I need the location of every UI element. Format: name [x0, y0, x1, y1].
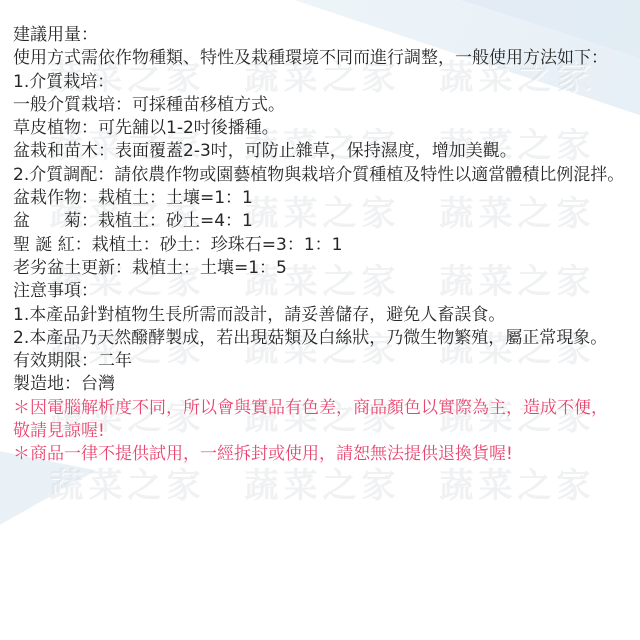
doc-line-made-in: 製造地：台灣 — [13, 373, 634, 396]
doc-line-ratio-potted-crops: 盆栽作物：栽植土：土壤=1：1 — [13, 187, 634, 210]
doc-line-media-cultivation-heading: 1.介質栽培： — [13, 71, 634, 94]
doc-line-precaution-2: 2.本產品乃天然醱酵製成，若出現菇類及白絲狀，乃微生物繁殖，屬正常現象。 — [13, 327, 634, 350]
doc-line-media-mixing-heading: 2.介質調配：請依農作物或園藝植物與栽培介質種植及特性以適當體積比例混拌。 — [13, 164, 634, 187]
doc-line-shelf-life: 有效期限：二年 — [13, 350, 634, 373]
doc-line-ratio-chrysanthemum: 盆 菊：栽植土：砂土=4：1 — [13, 210, 634, 233]
doc-line-ratio-poinsettia: 聖 誕 紅：栽植土：砂土：珍珠石=3：1：1 — [13, 234, 634, 257]
notice-color-difference-cont: 敬請見諒喔! — [13, 420, 634, 443]
doc-line-general-media: 一般介質栽培：可採種苗移植方式。 — [13, 94, 634, 117]
doc-line-precaution-1: 1.本產品針對植物生長所需而設計，請妥善儲存，避免人畜誤食。 — [13, 304, 634, 327]
doc-line-potted-seedlings: 盆栽和苗木：表面覆蓋2-3吋，可防止雜草，保持濕度，增加美觀。 — [13, 140, 634, 163]
doc-line-usage-intro: 使用方式需依作物種類、特性及栽種環境不同而進行調整，一般使用方法如下： — [13, 47, 634, 70]
doc-line-precautions-heading: 注意事項： — [13, 280, 634, 303]
doc-line-turf-plants: 草皮植物：可先舖以1-2吋後播種。 — [13, 117, 634, 140]
product-description-page: 蔬菜之家 蔬菜之家 蔬菜之家 蔬菜之家 蔬菜之家 蔬菜之家 蔬菜之家 蔬菜之家 … — [0, 0, 640, 640]
notice-color-difference: ＊因電腦解析度不同，所以會與實品有色差，商品顏色以實際為主，造成不便， — [13, 397, 634, 420]
doc-line-ratio-old-soil-renewal: 老劣盆土更新：栽植土：土壤=1：5 — [13, 257, 634, 280]
doc-line-suggested-dosage-heading: 建議用量： — [13, 24, 634, 47]
notice-no-trial-no-return: ＊商品一律不提供試用，一經拆封或使用，請恕無法提供退換貨喔! — [13, 443, 634, 466]
usage-instructions-text: 建議用量： 使用方式需依作物種類、特性及栽種環境不同而進行調整，一般使用方法如下… — [13, 24, 634, 467]
